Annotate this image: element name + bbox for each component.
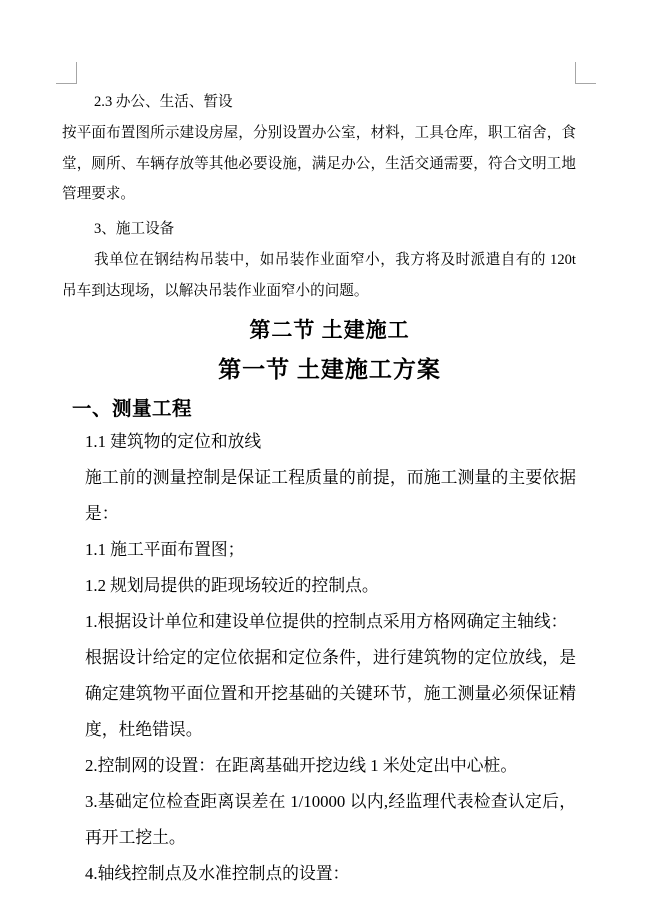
step-main-axis: 1.根据设计单位和建设单位提供的控制点采用方格网确定主轴线： bbox=[85, 604, 576, 640]
para-crane: 我单位在钢结构吊装中，如吊装作业面窄小，我方将及时派遣自有的 120t 吊车到达… bbox=[62, 245, 576, 307]
document-page: 2.3 办公、生活、暂设 按平面布置图所示建设房屋，分别设置办公室，材料，工具仓… bbox=[0, 0, 659, 917]
chapter-title-civil-construction-plan: 第一节 土建施工方案 bbox=[0, 351, 659, 384]
basis-item-layout-plan: 1.1 施工平面布置图； bbox=[85, 532, 576, 568]
para-basis-intro: 施工前的测量控制是保证工程质量的前提，而施工测量的主要依据是： bbox=[85, 460, 576, 532]
step-control-network: 2.控制网的设置：在距离基础开挖边线 1 米处定出中心桩。 bbox=[85, 748, 576, 784]
chapter-title-civil-construction: 第二节 土建施工 bbox=[0, 314, 659, 344]
page-margin-mark-right-icon bbox=[575, 62, 596, 84]
section-temporary-facilities: 2.3 办公、生活、暂设 按平面布置图所示建设房屋，分别设置办公室，材料，工具仓… bbox=[62, 87, 576, 307]
section-survey-engineering: 1.1 建筑物的定位和放线 施工前的测量控制是保证工程质量的前提，而施工测量的主… bbox=[85, 424, 576, 892]
heading-office-living: 2.3 办公、生活、暂设 bbox=[62, 87, 576, 118]
step-foundation-check: 3.基础定位检查距离误差在 1/10000 以内,经监理代表检查认定后，再开工挖… bbox=[85, 784, 576, 856]
heading-construction-equipment: 3、施工设备 bbox=[62, 214, 576, 245]
page-margin-mark-left-icon bbox=[56, 62, 77, 84]
para-facilities: 按平面布置图所示建设房屋，分别设置办公室，材料，工具仓库，职工宿舍，食堂，厕所、… bbox=[62, 118, 576, 210]
heading-survey-engineering: 一、测量工程 bbox=[72, 393, 192, 421]
item-positioning-title: 1.1 建筑物的定位和放线 bbox=[85, 424, 576, 460]
step-axis-level-points: 4.轴线控制点及水准控制点的设置： bbox=[85, 856, 576, 892]
step-main-axis-detail: 根据设计给定的定位依据和定位条件，进行建筑物的定位放线，是确定建筑物平面位置和开… bbox=[85, 640, 576, 748]
basis-item-control-points: 1.2 规划局提供的距现场较近的控制点。 bbox=[85, 568, 576, 604]
